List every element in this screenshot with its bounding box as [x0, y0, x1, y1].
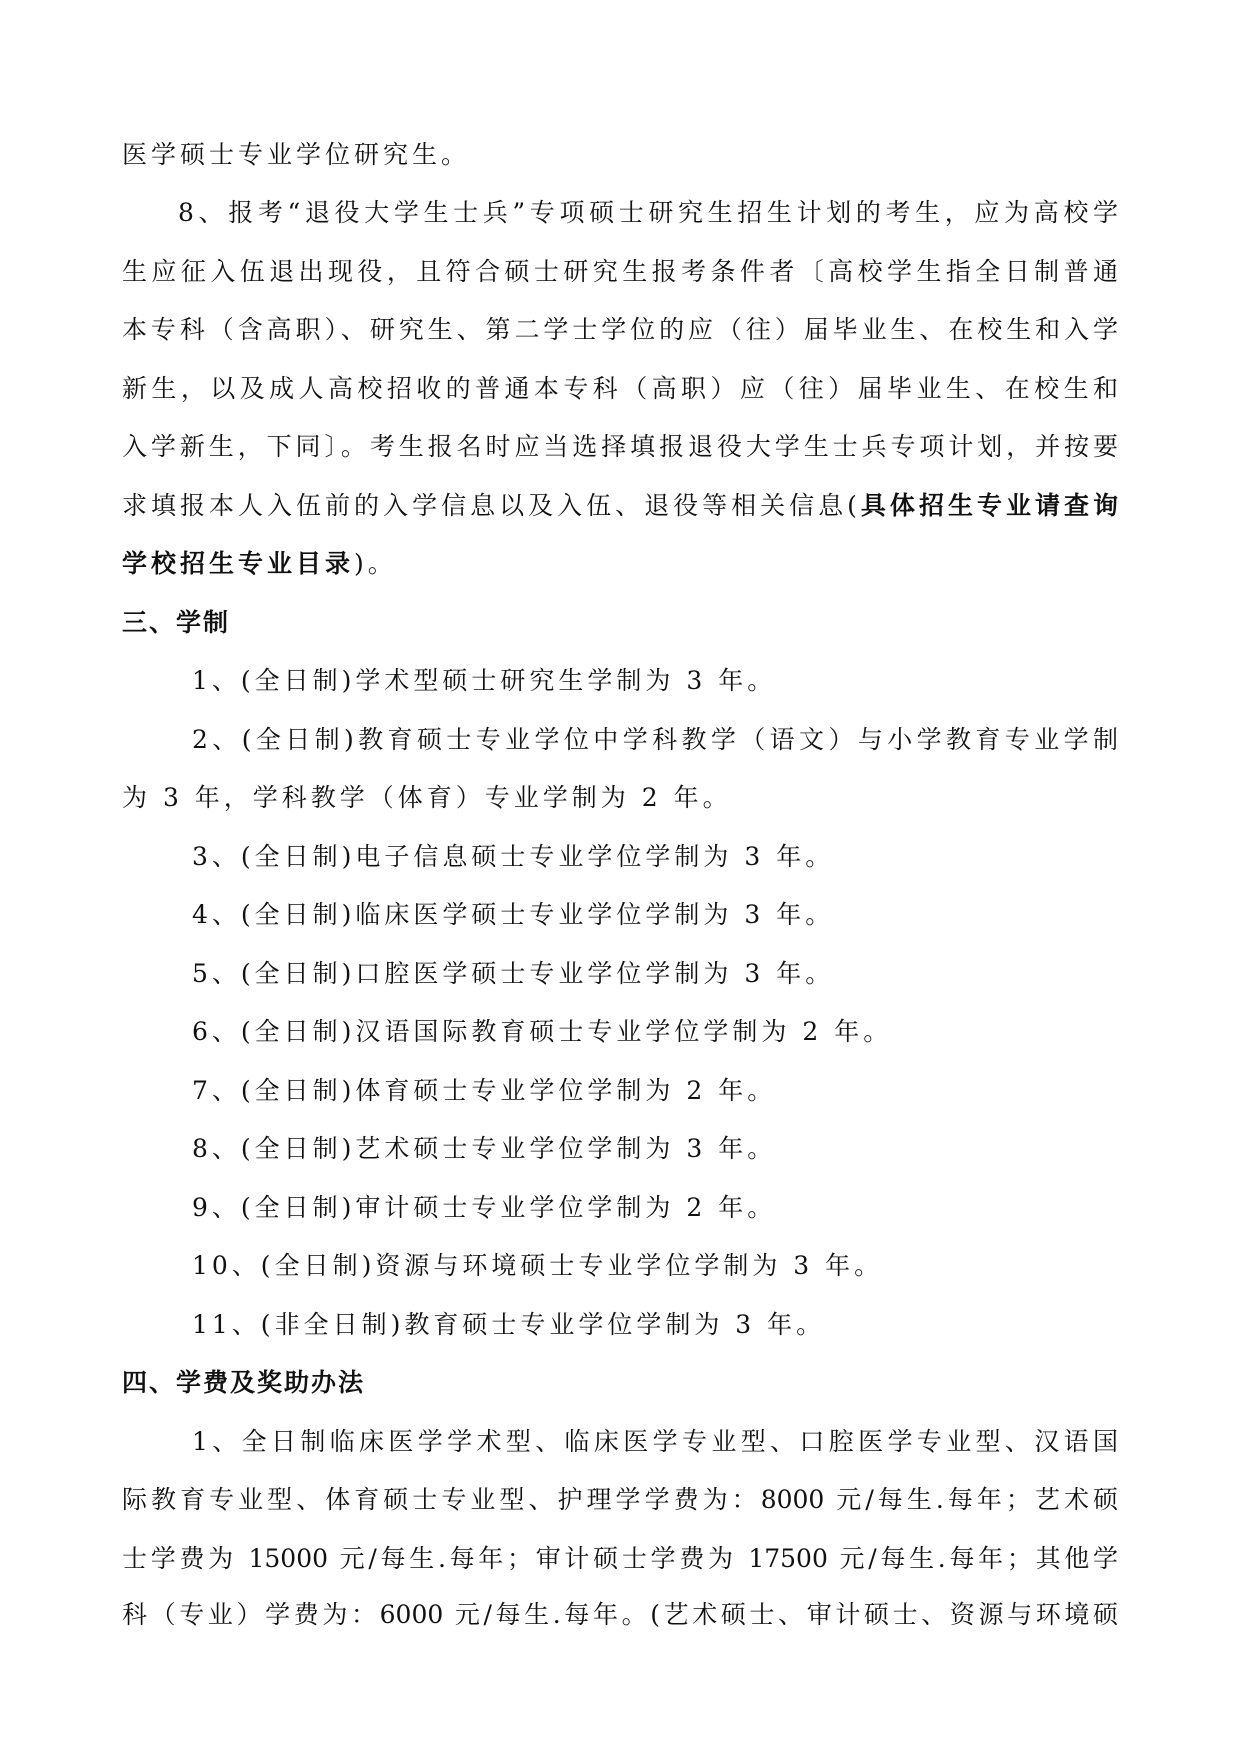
section4-item1-line-1: 1、全日制临床医学学术型、临床医学专业型、口腔医学专业型、汉语国: [192, 1422, 1118, 1462]
section3-item-2: 2、(全日制)教育硕士专业学位中学科教学（语文）与小学教育专业学制: [192, 720, 1118, 760]
section3-heading: 三、学制: [122, 603, 1118, 643]
section4-item1-line-4: 科（专业）学费为：6000 元/每生.每年。(艺术硕士、审计硕士、资源与环境硕: [122, 1595, 1118, 1635]
item8-line-3: 本专科（含高职）、研究生、第二学士学位的应（往）届毕业生、在校生和入学: [122, 310, 1118, 350]
item8-line-7: 学校招生专业目录)。: [122, 544, 1118, 584]
item8-line-7-bold: 学校招生专业目录: [122, 549, 354, 578]
section3-item-9: 9、(全日制)审计硕士专业学位学制为 2 年。: [192, 1188, 1118, 1228]
item8-line-6-normal: 求填报本人入伍前的入学信息以及入伍、退役等相关信息(: [122, 491, 857, 520]
section3-item-2-cont: 为 3 年，学科教学（体育）专业学制为 2 年。: [122, 778, 1118, 818]
item8-line-2: 生应征入伍退出现役，且符合硕士研究生报考条件者〔高校学生指全日制普通: [122, 252, 1118, 292]
section3-item-10: 10、(全日制)资源与环境硕士专业学位学制为 3 年。: [192, 1246, 1118, 1286]
item8-line-6: 求填报本人入伍前的入学信息以及入伍、退役等相关信息(具体招生专业请查询: [122, 486, 1118, 526]
section3-item-6: 6、(全日制)汉语国际教育硕士专业学位学制为 2 年。: [192, 1012, 1118, 1052]
section3-item-5: 5、(全日制)口腔医学硕士专业学位学制为 3 年。: [192, 954, 1118, 994]
item8-line-4: 新生，以及成人高校招收的普通本专科（高职）应（往）届毕业生、在校生和: [122, 369, 1118, 409]
item8-line-6-bold: 具体招生专业请查询: [857, 491, 1118, 520]
document-page: 医学硕士专业学位研究生。 8、报考“退役大学生士兵”专项硕士研究生招生计划的考生…: [0, 0, 1240, 1753]
section3-item-4: 4、(全日制)临床医学硕士专业学位学制为 3 年。: [192, 895, 1118, 935]
item8-line-5: 入学新生，下同〕。考生报名时应当选择填报退役大学生士兵专项计划，并按要: [122, 427, 1118, 467]
section3-item-8: 8、(全日制)艺术硕士专业学位学制为 3 年。: [192, 1129, 1118, 1169]
item8-line-1: 8、报考“退役大学生士兵”专项硕士研究生招生计划的考生，应为高校学: [178, 193, 1118, 233]
section3-item-3: 3、(全日制)电子信息硕士专业学位学制为 3 年。: [192, 837, 1118, 877]
section4-item1-line-2: 际教育专业型、体育硕士专业型、护理学学费为：8000 元/每生.每年；艺术硕: [122, 1480, 1118, 1520]
section3-item-7: 7、(全日制)体育硕士专业学位学制为 2 年。: [192, 1071, 1118, 1111]
section4-heading: 四、学费及奖助办法: [122, 1363, 1118, 1403]
continuation-line: 医学硕士专业学位研究生。: [122, 135, 1118, 175]
section4-item1-line-3: 士学费为 15000 元/每生.每年；审计硕士学费为 17500 元/每生.每年…: [122, 1539, 1118, 1579]
section3-item-1: 1、(全日制)学术型硕士研究生学制为 3 年。: [192, 661, 1118, 701]
item8-line-7-normal: )。: [354, 549, 397, 578]
section3-item-11: 11、(非全日制)教育硕士专业学位学制为 3 年。: [192, 1305, 1118, 1345]
